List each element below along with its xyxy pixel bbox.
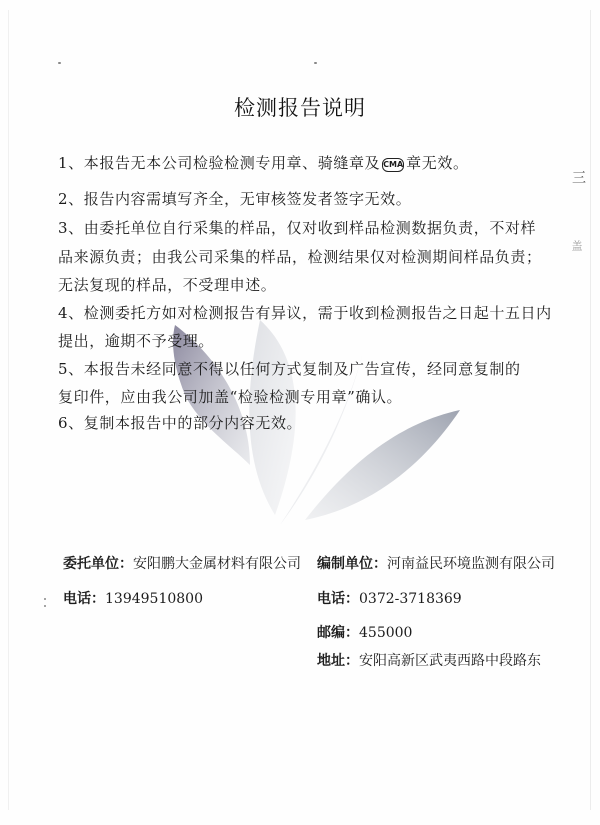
report-page: 三 盖 检测报告说明 1、本报告无本公司检验检测专用章、骑缝章及CMA章无效。 [0, 0, 600, 825]
issuer-address-value: 安阳高新区武夷西路中段路东 [359, 653, 541, 669]
clause-4: 4、检测委托方如对检测报告有异议，需于收到检测报告之日起十五日内 [58, 302, 552, 323]
client-phone-value: 13949510800 [105, 591, 203, 607]
margin-mark: 盖 [568, 240, 584, 251]
clause-3-cont: 无法复现的样品，不受理申述。 [58, 274, 276, 295]
scan-edge-right [590, 10, 591, 810]
scan-edge-left [8, 10, 9, 810]
scan-speck [44, 598, 46, 600]
client-unit: 委托单位：安阳鹏大金属材料有限公司 [63, 553, 301, 573]
issuer-phone-value: 0372-3718369 [359, 591, 462, 607]
issuer-phone: 电话：0372-3718369 [317, 588, 462, 608]
clause-5: 5、本报告未经同意不得以任何方式复制及广告宣传，经同意复制的 [58, 358, 521, 379]
clause-1: 1、本报告无本公司检验检测专用章、骑缝章及CMA章无效。 [58, 152, 469, 173]
margin-mark: 三 [568, 170, 588, 184]
clause-2: 2、报告内容需填写齐全，无审核签发者签字无效。 [58, 188, 411, 209]
cma-seal-icon: CMA [382, 158, 404, 172]
issuer-postcode-value: 455000 [359, 625, 412, 641]
scan-speck [58, 62, 61, 64]
clause-6: 6、复制本报告中的部分内容无效。 [58, 412, 302, 433]
issuer-address-label: 地址： [317, 653, 359, 669]
client-unit-value: 安阳鹏大金属材料有限公司 [133, 556, 301, 572]
client-unit-label: 委托单位： [63, 556, 133, 572]
clause-3-cont: 品来源负责；由我公司采集的样品，检测结果仅对检测期间样品负责； [58, 246, 542, 267]
clause-5-cont: 复印件，应由我公司加盖“检验检测专用章”确认。 [58, 386, 402, 407]
issuer-phone-label: 电话： [317, 591, 359, 607]
clause-3: 3、由委托单位自行采集的样品，仅对收到样品检测数据负责，不对样 [58, 217, 536, 238]
scan-speck [314, 62, 317, 64]
scan-speck [44, 605, 46, 607]
page-title: 检测报告说明 [0, 92, 600, 122]
clause-4-cont: 提出，逾期不予受理。 [58, 330, 214, 351]
issuer-unit: 编制单位：河南益民环境监测有限公司 [317, 553, 555, 573]
client-phone-label: 电话： [63, 591, 105, 607]
issuer-postcode-label: 邮编： [317, 625, 359, 641]
issuer-address: 地址：安阳高新区武夷西路中段路东 [317, 650, 541, 670]
issuer-unit-value: 河南益民环境监测有限公司 [387, 556, 555, 572]
issuer-postcode: 邮编：455000 [317, 622, 412, 642]
client-phone: 电话：13949510800 [63, 588, 203, 608]
issuer-unit-label: 编制单位： [317, 556, 387, 572]
